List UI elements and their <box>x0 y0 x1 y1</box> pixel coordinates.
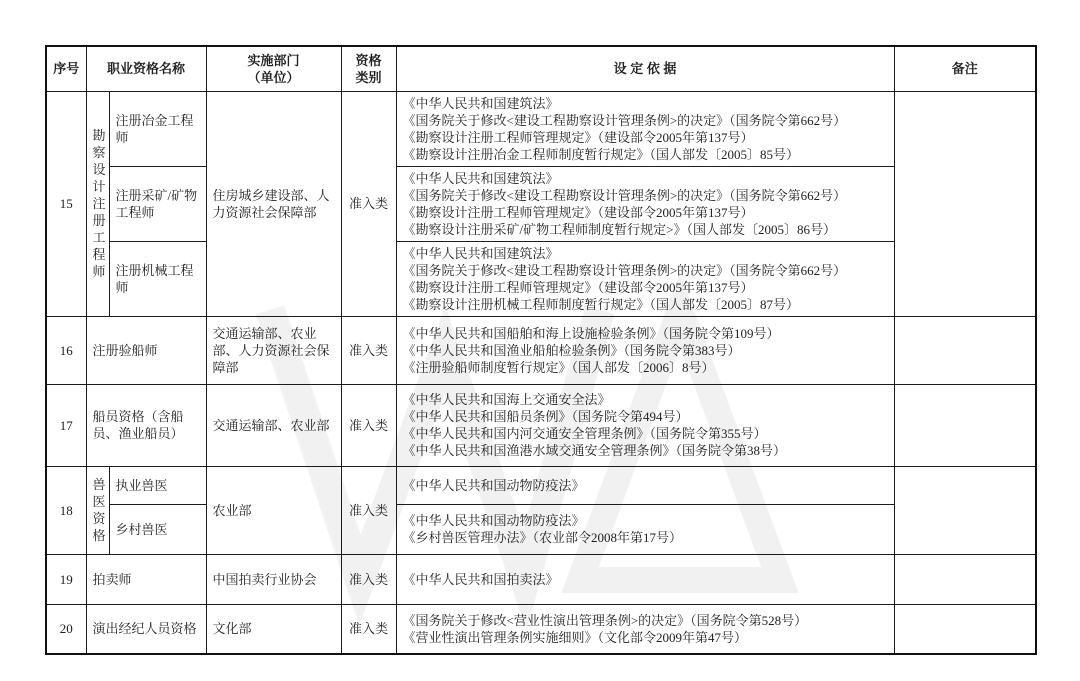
row20-department: 文化部 <box>206 604 341 654</box>
basis-text: 《中华人民共和国拍卖法》 <box>403 572 559 587</box>
row18-sub1-name: 执业兽医 <box>109 466 206 504</box>
row15-sub1-name: 注册冶金工程师 <box>109 91 206 166</box>
row17-index: 17 <box>46 384 86 466</box>
basis-text: 《中华人民共和国动物防疫法》 《乡村兽医管理办法》（农业部令2008年第17号） <box>403 513 683 545</box>
table-row: 注册采矿/矿物工程师 《中华人民共和国建筑法》 《国务院关于修改<建设工程勘察设… <box>46 166 1036 241</box>
table-row: 15 勘察设计注册工程师 注册冶金工程师 住房城乡建设部、人力资源社会保障部 准… <box>46 91 1036 166</box>
row15-sub3-basis: 《中华人民共和国建筑法》 《国务院关于修改<建设工程勘察设计管理条例>的决定》（… <box>396 241 894 316</box>
row16-index: 16 <box>46 316 86 384</box>
header-index: 序号 <box>46 46 86 91</box>
row18-sub2-name: 乡村兽医 <box>109 504 206 554</box>
row18-index: 18 <box>46 466 86 554</box>
row18-group-label: 兽医资格 <box>86 466 109 554</box>
row19-department: 中国拍卖行业协会 <box>206 554 341 604</box>
row17-department: 交通运输部、农业部 <box>206 384 341 466</box>
row19-name: 拍卖师 <box>86 554 206 604</box>
row15-category: 准入类 <box>341 91 396 316</box>
row18-department: 农业部 <box>206 466 341 554</box>
row19-category: 准入类 <box>341 554 396 604</box>
basis-text: 《中华人民共和国建筑法》 《国务院关于修改<建设工程勘察设计管理条例>的决定》（… <box>403 96 847 162</box>
row15-remark <box>894 91 1036 316</box>
basis-text: 《中华人民共和国船舶和海上设施检验条例》（国务院令第109号） 《中华人民共和国… <box>403 326 780 375</box>
basis-text: 《中华人民共和国海上交通安全法》 《中华人民共和国船员条例》（国务院令第494号… <box>403 392 787 458</box>
header-name: 职业资格名称 <box>86 46 206 91</box>
row15-index: 15 <box>46 91 86 316</box>
row20-basis: 《国务院关于修改<营业性演出管理条例>的决定》（国务院令第528号） 《营业性演… <box>396 604 894 654</box>
header-department-label: 实施部门 （单位） <box>248 53 300 85</box>
table-row: 19 拍卖师 中国拍卖行业协会 准入类 《中华人民共和国拍卖法》 <box>46 554 1036 604</box>
header-category: 资格 类别 <box>341 46 396 91</box>
header-remark: 备注 <box>894 46 1036 91</box>
row16-category: 准入类 <box>341 316 396 384</box>
row18-category: 准入类 <box>341 466 396 554</box>
qualification-table: 序号 职业资格名称 实施部门 （单位） 资格 类别 设 定 依 据 备注 15 … <box>45 45 1037 655</box>
table-row: 注册机械工程师 《中华人民共和国建筑法》 《国务院关于修改<建设工程勘察设计管理… <box>46 241 1036 316</box>
row15-department: 住房城乡建设部、人力资源社会保障部 <box>206 91 341 316</box>
row17-basis: 《中华人民共和国海上交通安全法》 《中华人民共和国船员条例》（国务院令第494号… <box>396 384 894 466</box>
row17-remark <box>894 384 1036 466</box>
row20-index: 20 <box>46 604 86 654</box>
row18-remark <box>894 466 1036 554</box>
row15-sub2-name: 注册采矿/矿物工程师 <box>109 166 206 241</box>
row16-basis: 《中华人民共和国船舶和海上设施检验条例》（国务院令第109号） 《中华人民共和国… <box>396 316 894 384</box>
row19-index: 19 <box>46 554 86 604</box>
row16-department: 交通运输部、农业部、人力资源社会保障部 <box>206 316 341 384</box>
basis-text: 《中华人民共和国建筑法》 《国务院关于修改<建设工程勘察设计管理条例>的决定》（… <box>403 246 847 312</box>
row19-remark <box>894 554 1036 604</box>
row16-remark <box>894 316 1036 384</box>
table-row: 17 船员资格（含船员、渔业船员） 交通运输部、农业部 准入类 《中华人民共和国… <box>46 384 1036 466</box>
row15-sub3-name: 注册机械工程师 <box>109 241 206 316</box>
basis-text: 《中华人民共和国建筑法》 《国务院关于修改<建设工程勘察设计管理条例>的决定》（… <box>403 171 847 237</box>
basis-text: 《中华人民共和国动物防疫法》 <box>403 478 585 493</box>
header-row: 序号 职业资格名称 实施部门 （单位） 资格 类别 设 定 依 据 备注 <box>46 46 1036 91</box>
row15-sub2-basis: 《中华人民共和国建筑法》 《国务院关于修改<建设工程勘察设计管理条例>的决定》（… <box>396 166 894 241</box>
header-department: 实施部门 （单位） <box>206 46 341 91</box>
row17-category: 准入类 <box>341 384 396 466</box>
row15-group-label: 勘察设计注册工程师 <box>86 91 109 316</box>
header-category-label: 资格 类别 <box>356 53 382 85</box>
header-basis: 设 定 依 据 <box>396 46 894 91</box>
table-row: 16 注册验船师 交通运输部、农业部、人力资源社会保障部 准入类 《中华人民共和… <box>46 316 1036 384</box>
row18-sub2-basis: 《中华人民共和国动物防疫法》 《乡村兽医管理办法》（农业部令2008年第17号） <box>396 504 894 554</box>
table-row: 20 演出经纪人员资格 文化部 准入类 《国务院关于修改<营业性演出管理条例>的… <box>46 604 1036 654</box>
row16-name: 注册验船师 <box>86 316 206 384</box>
row15-sub1-basis: 《中华人民共和国建筑法》 《国务院关于修改<建设工程勘察设计管理条例>的决定》（… <box>396 91 894 166</box>
row20-category: 准入类 <box>341 604 396 654</box>
row19-basis: 《中华人民共和国拍卖法》 <box>396 554 894 604</box>
table-row: 乡村兽医 《中华人民共和国动物防疫法》 《乡村兽医管理办法》（农业部令2008年… <box>46 504 1036 554</box>
basis-text: 《国务院关于修改<营业性演出管理条例>的决定》（国务院令第528号） 《营业性演… <box>403 613 808 645</box>
table-row: 18 兽医资格 执业兽医 农业部 准入类 《中华人民共和国动物防疫法》 <box>46 466 1036 504</box>
row18-sub1-basis: 《中华人民共和国动物防疫法》 <box>396 466 894 504</box>
row17-name: 船员资格（含船员、渔业船员） <box>86 384 206 466</box>
row20-name: 演出经纪人员资格 <box>86 604 206 654</box>
row20-remark <box>894 604 1036 654</box>
